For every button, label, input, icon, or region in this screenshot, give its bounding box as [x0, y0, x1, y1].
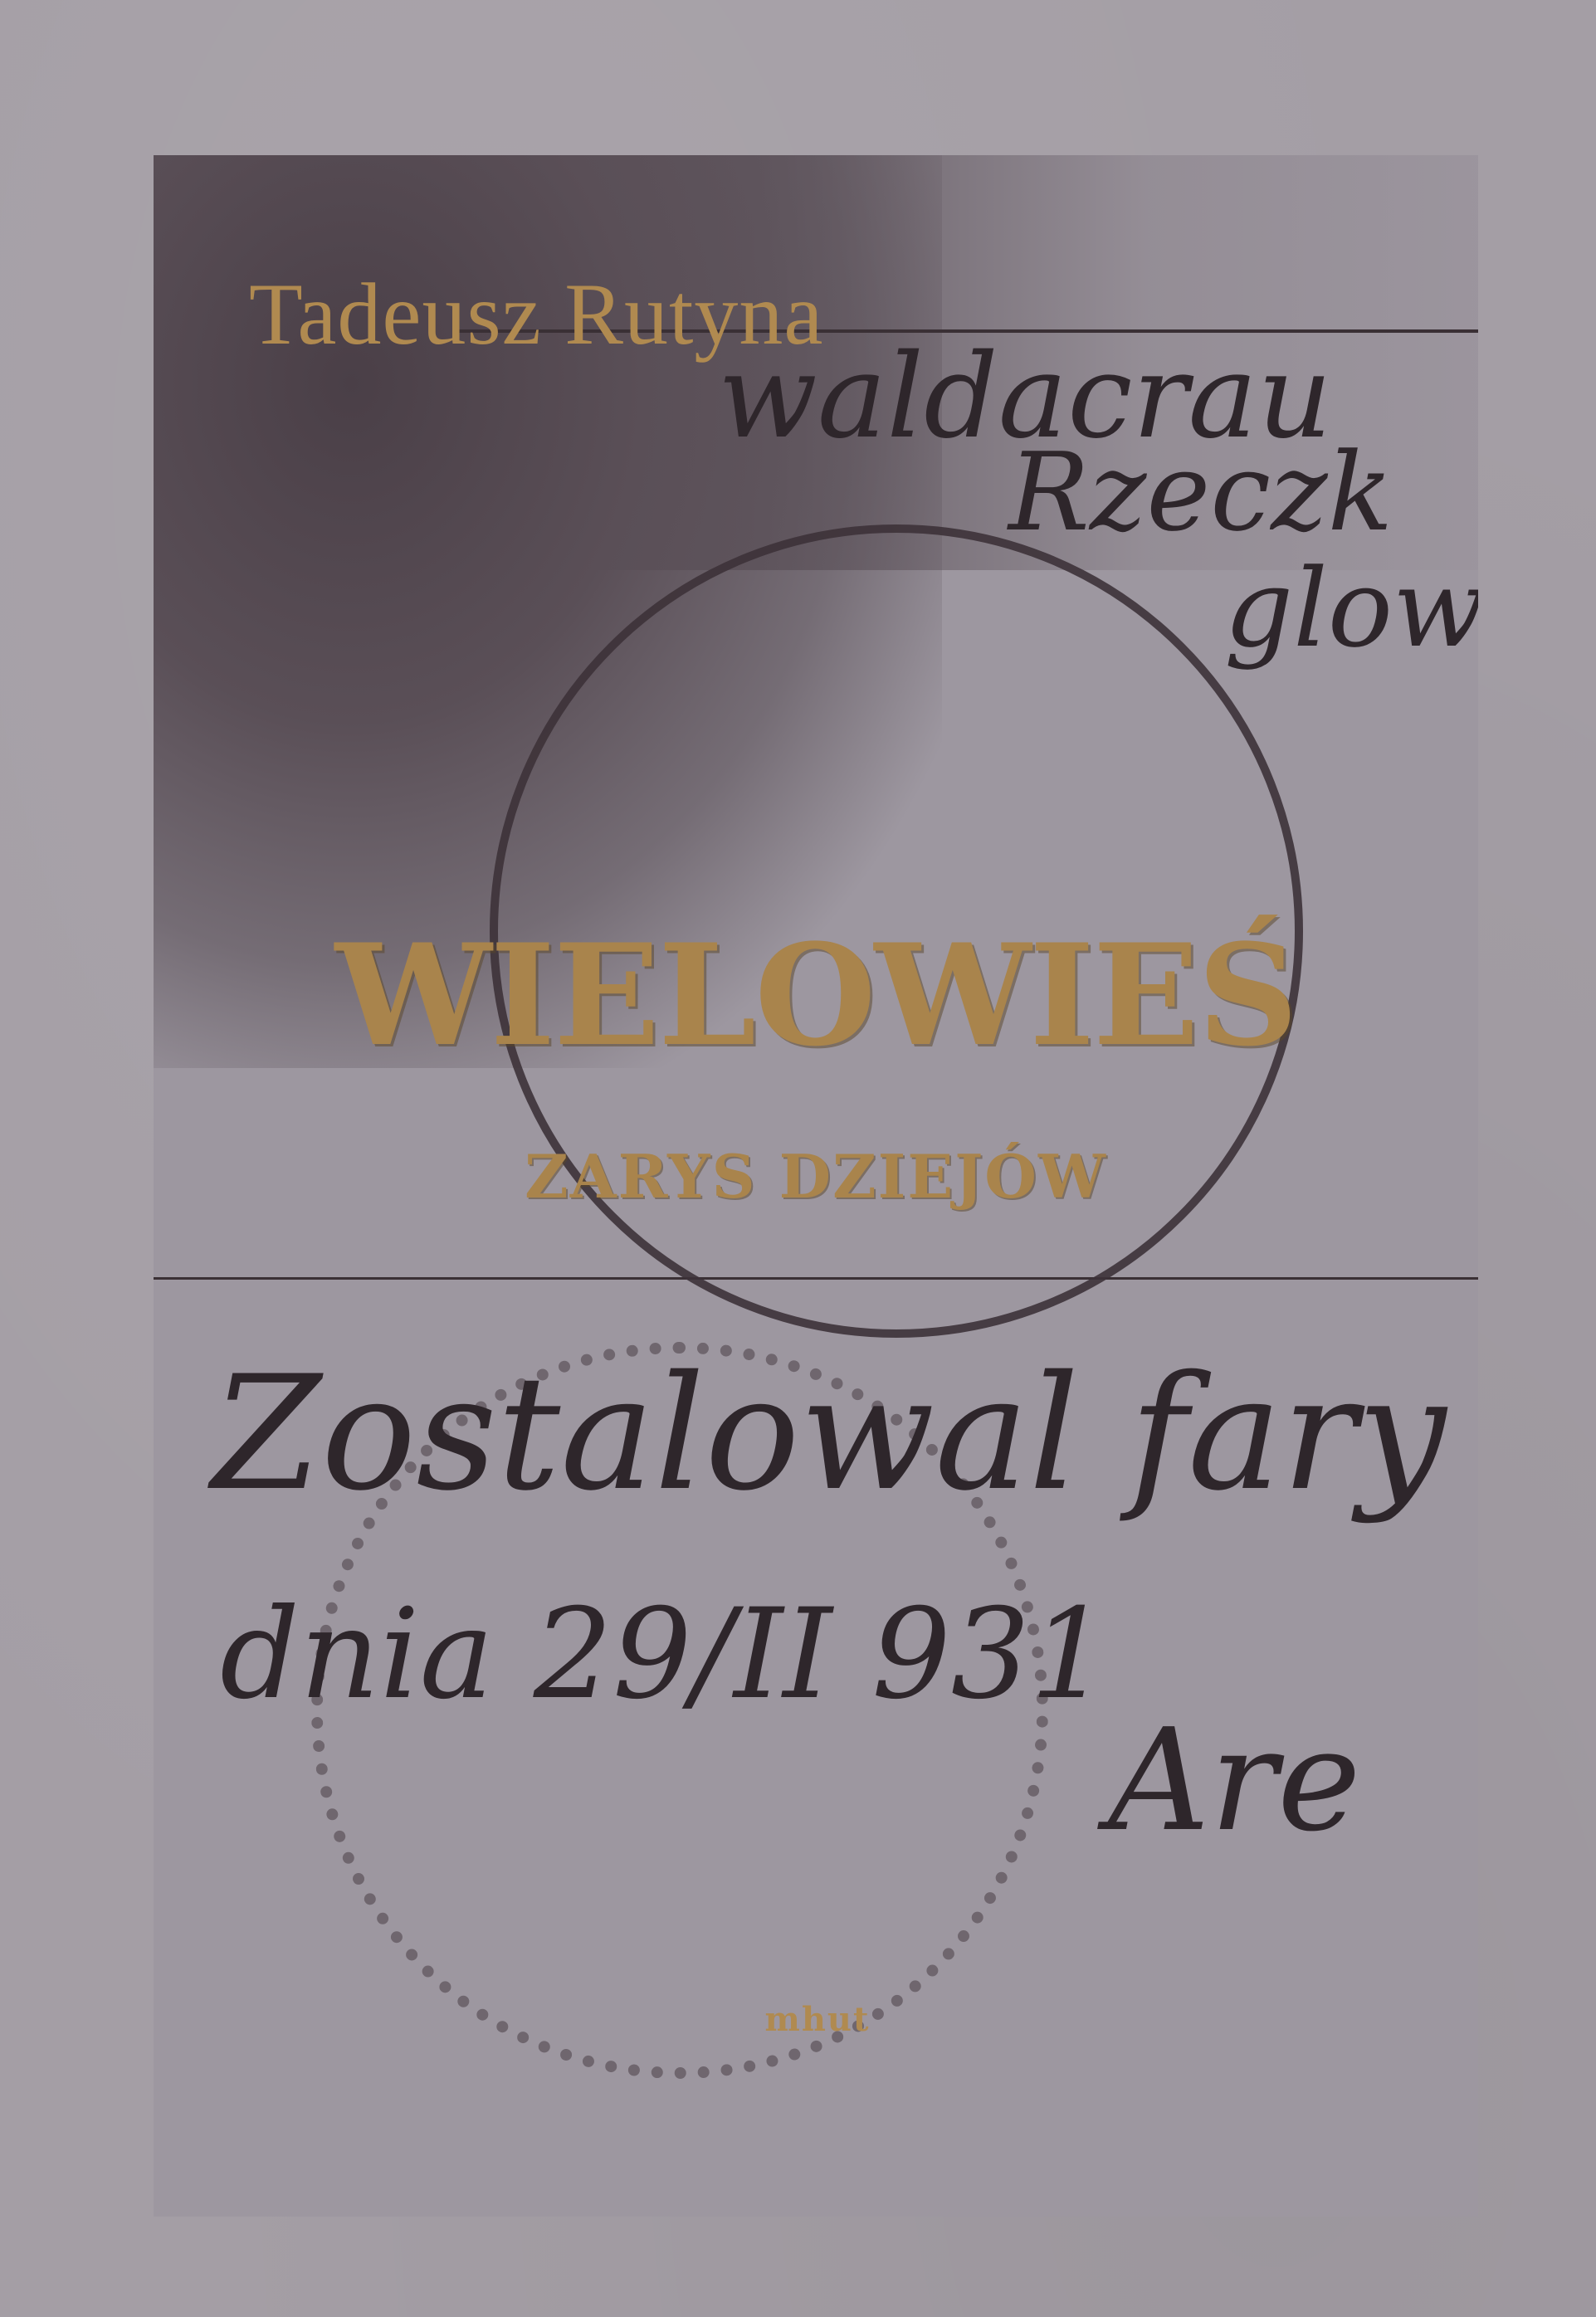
handwriting-line-2: Rzeczk — [1008, 429, 1393, 555]
handwriting-line-6: Are — [1108, 1699, 1361, 1863]
handwriting-line-4: Zostalowal fary — [212, 1342, 1447, 1525]
handwriting-line-3: glow — [1224, 545, 1478, 671]
book-title: WIELOWIEŚ — [154, 913, 1478, 1077]
book-subtitle: ZARYS DZIEJÓW — [154, 1141, 1478, 1212]
publisher-logo: mhut — [735, 2000, 900, 2039]
author-name: Tadeusz Rutyna — [249, 264, 1245, 365]
handwriting-line-5: dnia 29/II 931 — [220, 1583, 1110, 1727]
